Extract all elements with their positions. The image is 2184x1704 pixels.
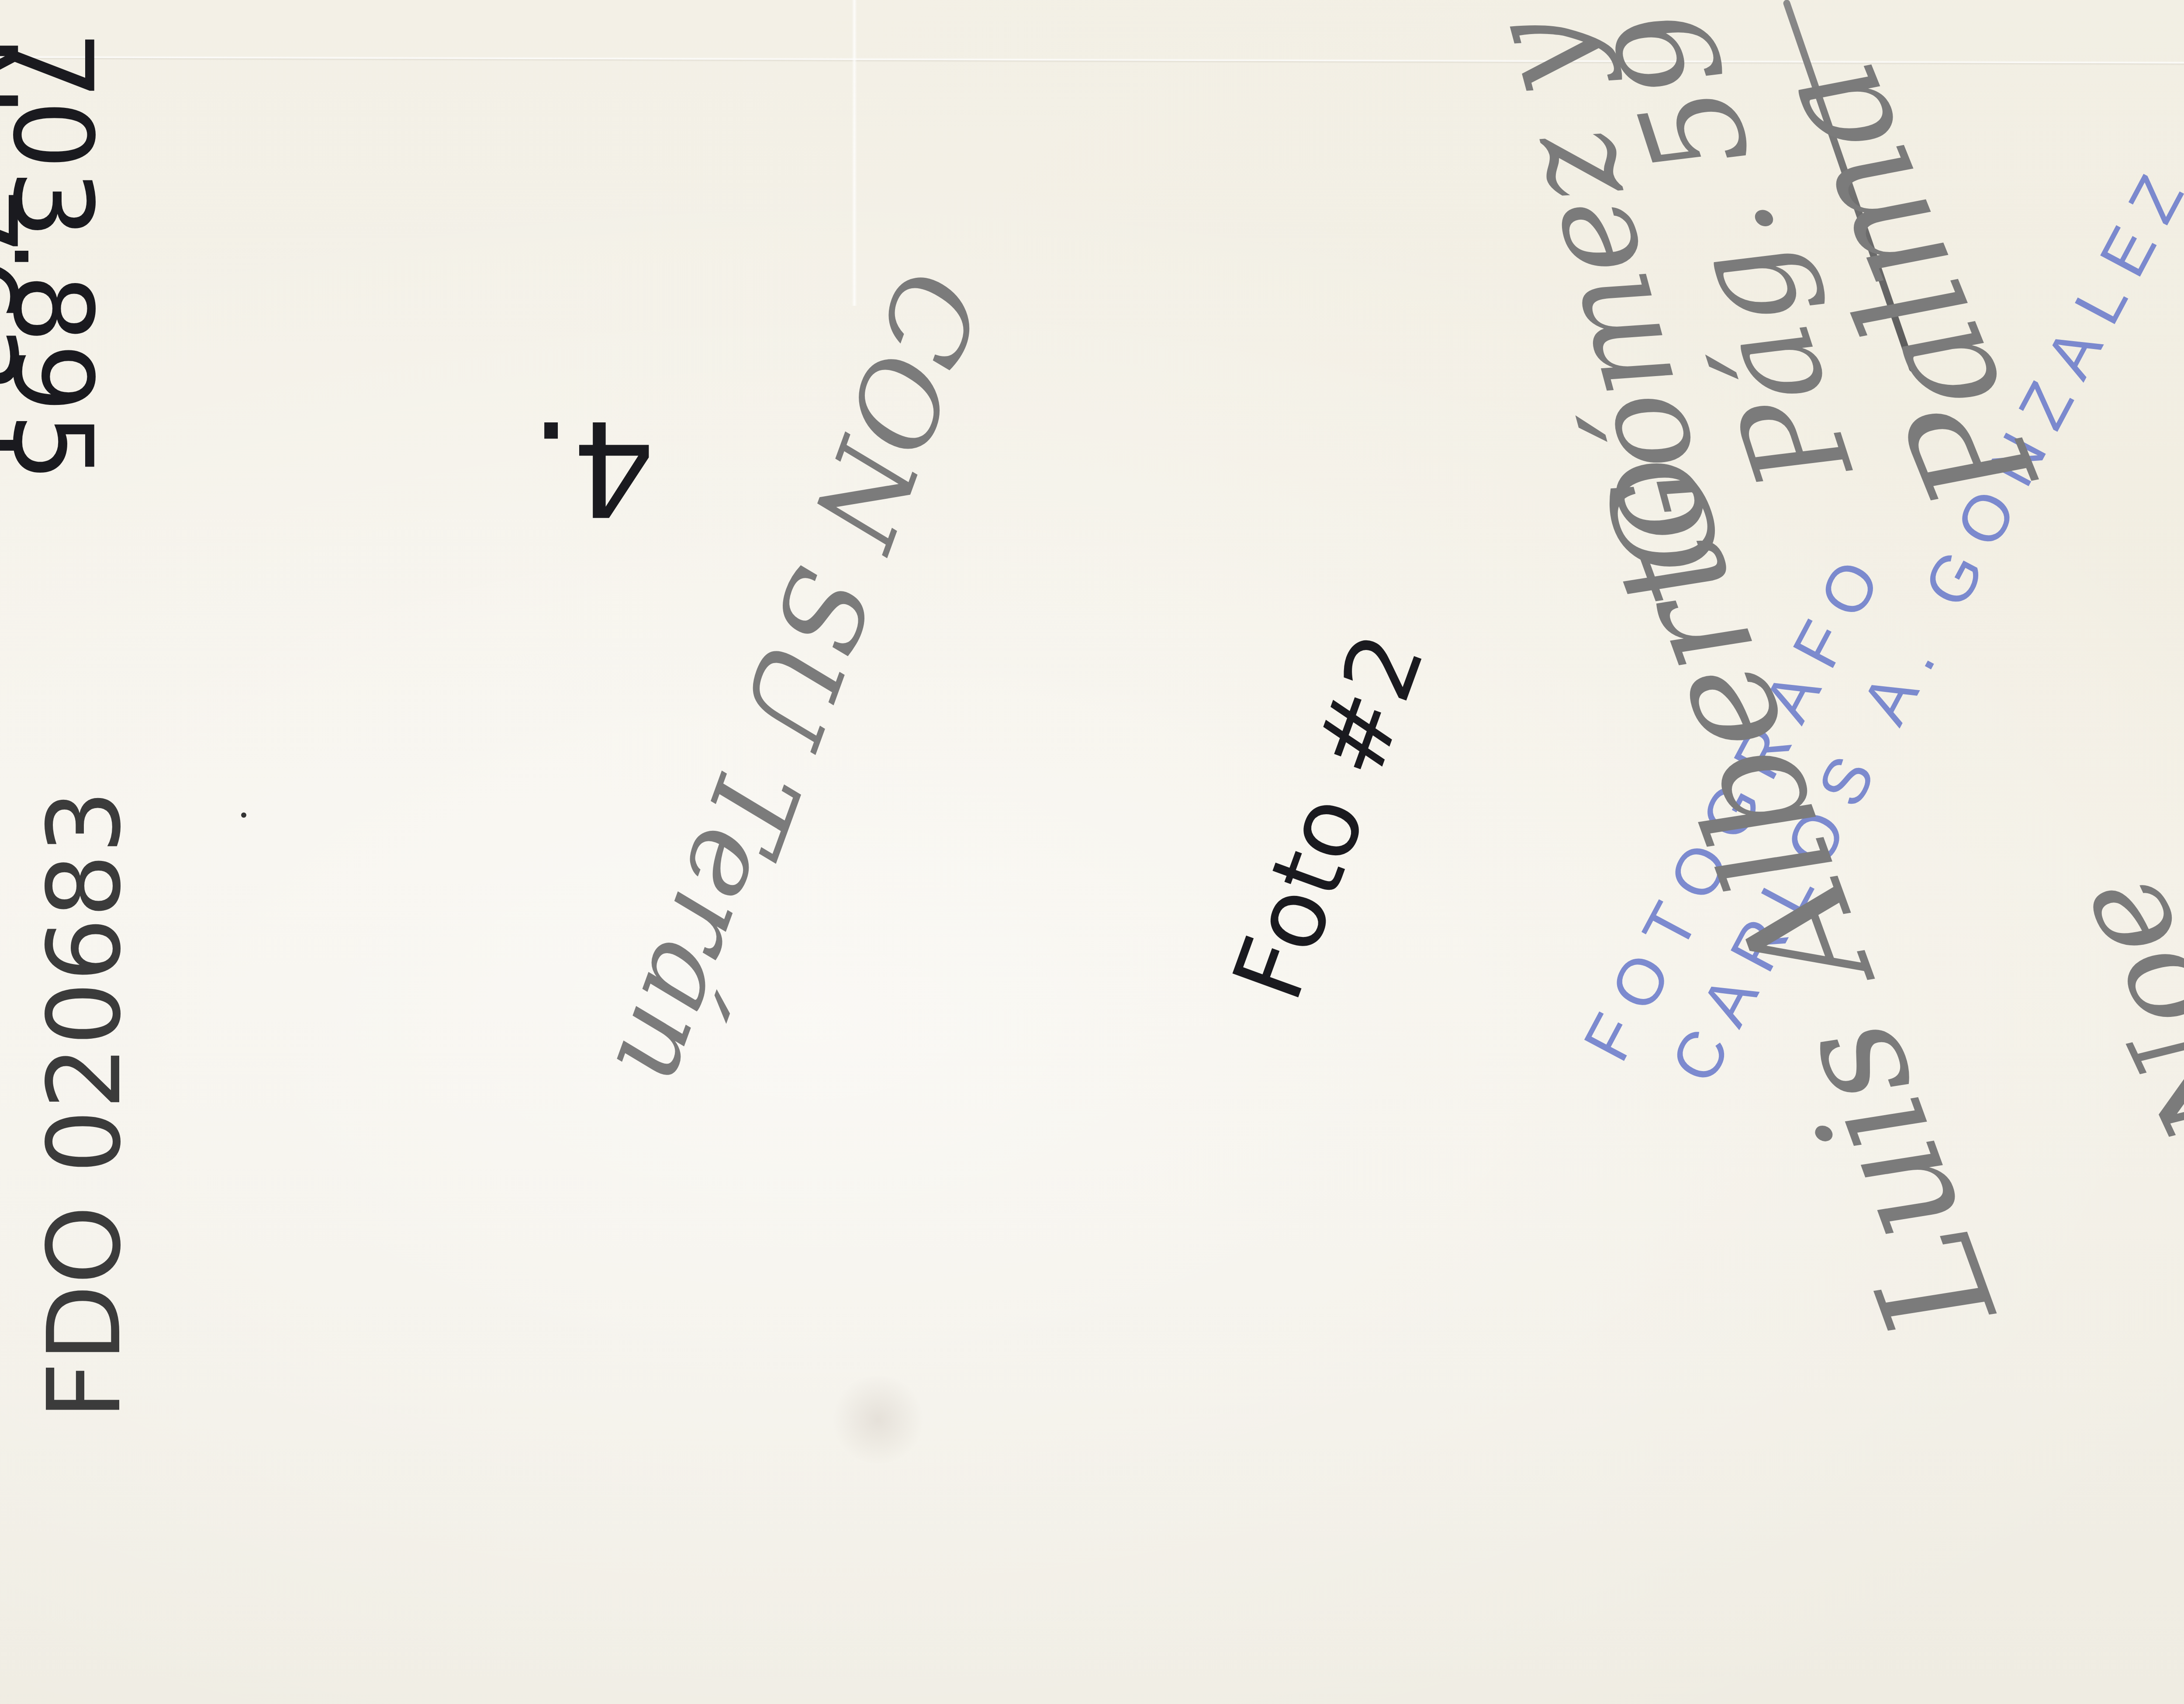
archive-id: FDO 020683 xyxy=(35,790,135,1420)
number-mark: 4. xyxy=(530,402,655,533)
photo-back-paper: 703.895 N. 763 L. FDO 020683 4. Foto #2 … xyxy=(0,0,2184,1704)
shelf-number: N. 763 L. xyxy=(0,35,31,525)
paper-crease-vertical xyxy=(852,0,857,306)
annotation-noe: Noe xyxy=(2048,857,2184,1158)
photo-label: Foto #2 xyxy=(1219,622,1439,1011)
ink-dot xyxy=(241,812,246,818)
paper-smudge xyxy=(830,1376,926,1463)
caption-con-su: CON SU Terán xyxy=(597,258,996,1100)
